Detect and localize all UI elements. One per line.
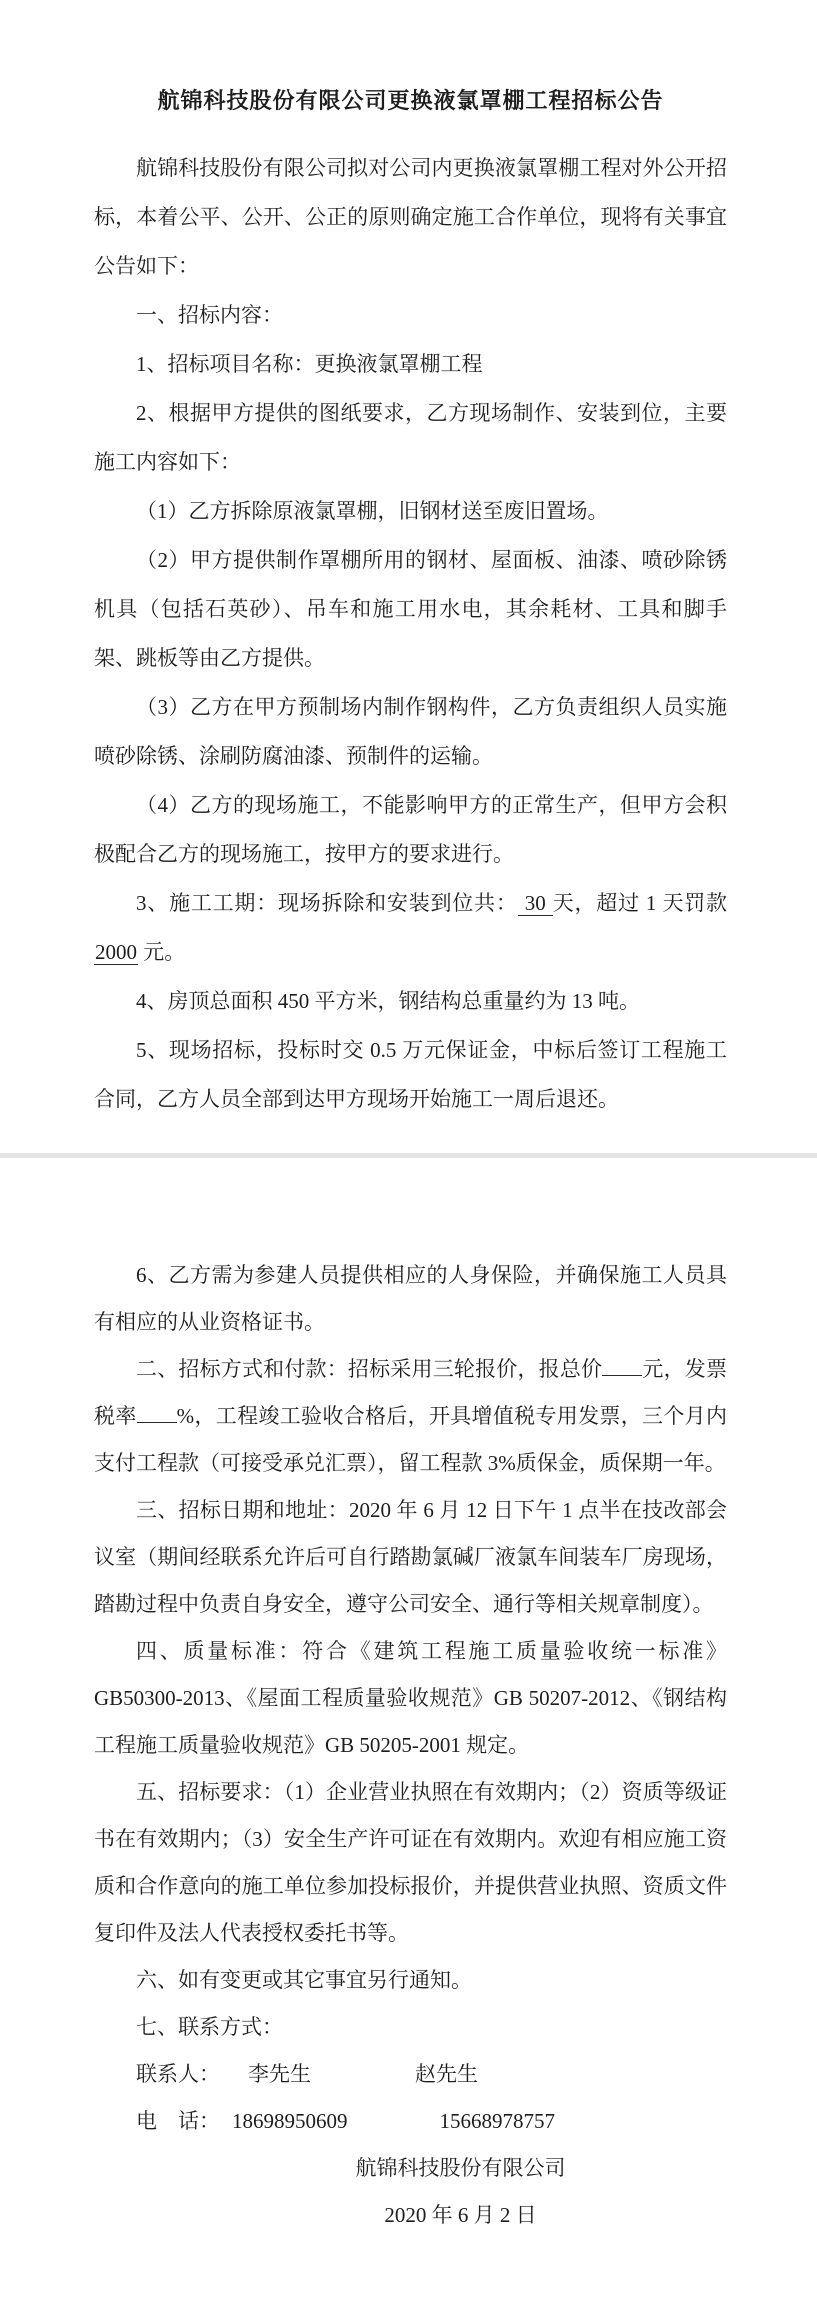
item-4-roof-area: 4、房顶总面积 450 平方米，钢结构总重量约为 13 吨。	[94, 977, 727, 1026]
item-5-deposit: 5、现场招标，投标时交 0.5 万元保证金，中标后签订工程施工合同，乙方人员全部…	[94, 1026, 727, 1124]
contact-phones-row: 电 话：1869895060915668978757	[94, 2098, 727, 2145]
underlined-value: 30	[518, 891, 553, 916]
text-run: 一、招标内容：	[136, 303, 283, 327]
text-run: （3）乙方在甲方预制场内制作钢构件，乙方负责组织人员实施喷砂除锈、涂刷防腐油漆、…	[94, 695, 727, 768]
text-run: （4）乙方的现场施工，不能影响甲方的正常生产，但甲方会积极配合乙方的现场施工，按…	[94, 793, 727, 866]
text-run: 二、招标方式和付款：招标采用三轮报价，报总价	[136, 1357, 602, 1381]
contact-person-2: 赵先生	[415, 2062, 478, 2086]
text-run: 1、招标项目名称：更换液氯罩棚工程	[136, 352, 483, 376]
phone-number-2: 15668978757	[440, 2109, 556, 2133]
contact-person-1: 李先生	[248, 2062, 311, 2086]
section-2-bidding-payment: 二、招标方式和付款：招标采用三轮报价，报总价元，发票税率%，工程竣工验收合格后，…	[94, 1346, 727, 1487]
text-run: 六、如有变更或其它事宜另行通知。	[136, 1968, 472, 1992]
text-run: （1）乙方拆除原液氯罩棚，旧钢材送至废旧置场。	[136, 499, 609, 523]
subitem-2-materials: （2）甲方提供制作罩棚所用的钢材、屋面板、油漆、喷砂除锈机具（包括石英砂）、吊车…	[94, 536, 727, 683]
text-run: 三、招标日期和地址：2020 年 6 月 12 日下午 1 点半在技改部会议室（…	[94, 1498, 727, 1616]
text-run: %，工程竣工验收合格后，开具增值税专用发票，三个月内支付工程款（可接受承兑汇票）…	[94, 1404, 727, 1475]
subitem-4-site-work: （4）乙方的现场施工，不能影响甲方的正常生产，但甲方会积极配合乙方的现场施工，按…	[94, 781, 727, 879]
text-run: 四、质量标准：符合《建筑工程施工质量验收统一标准》GB50300-2013、《屋…	[94, 1639, 727, 1757]
document-page-2: 6、乙方需为参建人员提供相应的人身保险，并确保施工人员具有相应的从业资格证书。二…	[0, 1158, 817, 2311]
text-run: 五、招标要求：（1）企业营业执照在有效期内；（2）资质等级证书在有效期内；（3）…	[94, 1780, 727, 1945]
phone-number-1: 18698950609	[232, 2109, 348, 2133]
company-signature: 航锦科技股份有限公司	[144, 2145, 777, 2192]
section-7-contact-heading: 七、联系方式：	[94, 2004, 727, 2051]
text-run: 航锦科技股份有限公司拟对公司内更换液氯罩棚工程对外公开招标，本着公平、公开、公正…	[94, 156, 727, 278]
phone-label: 电 话：	[136, 2109, 220, 2133]
intro-paragraph: 航锦科技股份有限公司拟对公司内更换液氯罩棚工程对外公开招标，本着公平、公开、公正…	[94, 144, 727, 291]
section-6-changes-notice: 六、如有变更或其它事宜另行通知。	[94, 1957, 727, 2004]
text-run: 3、施工工期：现场拆除和安装到位共：	[136, 891, 518, 915]
subitem-1-demolition: （1）乙方拆除原液氯罩棚，旧钢材送至废旧置场。	[94, 487, 727, 536]
blank-underline	[137, 1401, 177, 1423]
underlined-value: 2000	[94, 940, 138, 965]
document-page-1: 航锦科技股份有限公司更换液氯罩棚工程招标公告 航锦科技股份有限公司拟对公司内更换…	[0, 0, 817, 1153]
document-title: 航锦科技股份有限公司更换液氯罩棚工程招标公告	[94, 84, 727, 118]
text-run: 七、联系方式：	[136, 2015, 283, 2039]
blank-underline	[602, 1354, 642, 1376]
item-6-insurance: 6、乙方需为参建人员提供相应的人身保险，并确保施工人员具有相应的从业资格证书。	[94, 1252, 727, 1346]
text-run: 6、乙方需为参建人员提供相应的人身保险，并确保施工人员具有相应的从业资格证书。	[94, 1263, 727, 1334]
text-run: 5、现场招标，投标时交 0.5 万元保证金，中标后签订工程施工合同，乙方人员全部…	[94, 1038, 727, 1111]
page2-body: 6、乙方需为参建人员提供相应的人身保险，并确保施工人员具有相应的从业资格证书。二…	[94, 1252, 727, 2051]
contact-persons-row: 联系人：李先生赵先生	[94, 2051, 727, 2098]
text-run: 4、房顶总面积 450 平方米，钢结构总重量约为 13 吨。	[136, 989, 640, 1013]
page1-body: 航锦科技股份有限公司拟对公司内更换液氯罩棚工程对外公开招标，本着公平、公开、公正…	[94, 144, 727, 1124]
section-4-quality-standards: 四、质量标准：符合《建筑工程施工质量验收统一标准》GB50300-2013、《屋…	[94, 1628, 727, 1769]
text-run: （2）甲方提供制作罩棚所用的钢材、屋面板、油漆、喷砂除锈机具（包括石英砂）、吊车…	[94, 548, 727, 670]
section-5-requirements: 五、招标要求：（1）企业营业执照在有效期内；（2）资质等级证书在有效期内；（3）…	[94, 1769, 727, 1957]
section-1-heading: 一、招标内容：	[94, 291, 727, 340]
contact-label: 联系人：	[136, 2062, 220, 2086]
item-1-project-name: 1、招标项目名称：更换液氯罩棚工程	[94, 340, 727, 389]
tender-announcement-document: 航锦科技股份有限公司更换液氯罩棚工程招标公告 航锦科技股份有限公司拟对公司内更换…	[0, 0, 817, 2311]
text-run: 天，超过 1 天罚款	[553, 891, 727, 915]
item-3-schedule: 3、施工工期：现场拆除和安装到位共： 30 天，超过 1 天罚款 2000 元。	[94, 879, 727, 977]
item-2-scope: 2、根据甲方提供的图纸要求，乙方现场制作、安装到位，主要施工内容如下：	[94, 389, 727, 487]
subitem-3-prefabrication: （3）乙方在甲方预制场内制作钢构件，乙方负责组织人员实施喷砂除锈、涂刷防腐油漆、…	[94, 683, 727, 781]
text-run: 2、根据甲方提供的图纸要求，乙方现场制作、安装到位，主要施工内容如下：	[94, 401, 727, 474]
section-3-date-address: 三、招标日期和地址：2020 年 6 月 12 日下午 1 点半在技改部会议室（…	[94, 1487, 727, 1628]
text-run: 元。	[138, 940, 185, 964]
document-date: 2020 年 6 月 2 日	[144, 2192, 777, 2239]
